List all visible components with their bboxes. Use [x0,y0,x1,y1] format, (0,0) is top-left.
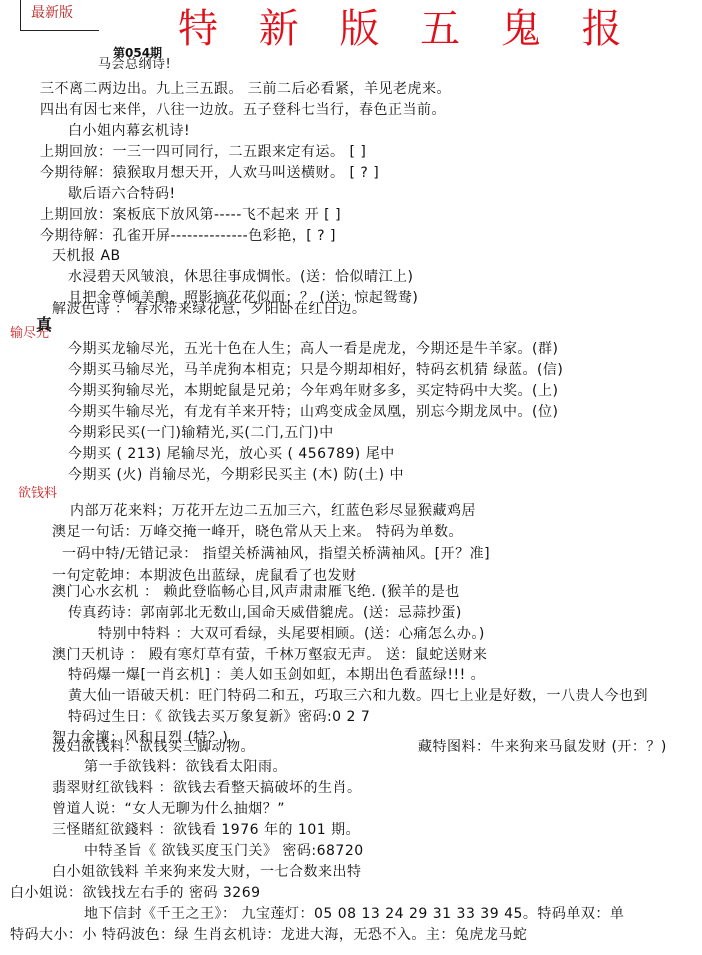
badge-label: 最新版 [31,2,73,22]
list-item: 一码中特/无错记录： 指望关桥满袖风，指望关桥满袖风。[开？准] [62,545,490,563]
list-item: 特码大小：小 特码波色：绿 生肖玄机诗：龙进大海，无恐不入。主：兔虎龙马蛇 [10,926,527,944]
hidden-clue-note: 藏特图料：牛来狗来马鼠发财 (开：？) [418,738,667,756]
list-item: 今期彩民买(一门)输精光,买(二门,五门)中 [68,424,334,442]
list-item: 澳门心水玄机 ： 赖此登临畅心目,风声肃肃雁飞绝. (猴羊的是也 [52,583,460,601]
poem-line: 解波色诗 ： 春水带来绿花意，夕阳卧在红日边。 [52,300,366,318]
list-item: 白小姐欲钱料 羊来狗来发大财，一七合数来出特 [52,863,361,881]
list-item: 泼妇欲钱料：欲钱买三脚动物。 [52,738,255,756]
overlay-char: 真 [36,312,52,335]
list-item: 地下信封《千王之王》： 九宝莲灯：05 08 13 24 29 31 33 39… [84,905,624,923]
list-item: 第一手欲钱料：欲钱看太阳雨。 [84,758,287,776]
list-item: 内部万花来料；万花开左边二五加三六，红蓝色彩尽显猴藏鸡居 [70,502,476,520]
poem-line: 水浸碧天风皱浪，休思往事成惆怅。(送：恰似晴江上) [68,268,413,286]
section-label-money: 欲钱料 [18,482,57,501]
list-item: 今期买马输尽光，马羊虎狗本相克；只是今期却相好，特码玄机猜 绿蓝。(信) [68,361,563,379]
list-item: 特码爆一爆[一肖玄机] ：美人如玉剑如虹，本期出色看蓝绿!!! 。 [68,666,485,684]
latest-edition-badge: 最新版 [20,0,99,31]
review-line: 上期回放：一三一四可同行，二五跟来定有运。 [ ] [40,143,366,161]
review-line: 上期回放：案板底下放风第-----飞不起来 开 [ ] [40,206,341,224]
list-item: 三怪賭紅欲錢料 ：欲钱看 1976 年的 101 期。 [52,821,360,839]
poem-line: 三不离二两边出。九上三五跟。 三前二后必看紧，羊见老虎来。 [40,80,451,98]
list-item: 白小姐说：欲钱找左右手的 密码 3269 [10,884,261,902]
pending-line: 今期待解：猿猴取月想天开，人欢马叫送横财。 [ ? ] [40,164,379,182]
list-item: 今期买龙输尽光，五光十色在人生；高人一看是虎龙，今期还是牛羊家。(群) [68,340,558,358]
list-item: 特别中特料 ：大双可看绿，头尾要相顾。(送：心痛怎么办。) [98,625,485,643]
list-item: 澳足一句话：万峰交掩一峰开，晓色常从天上来。 特码为单数。 [52,523,463,541]
pending-line: 今期待解：孔雀开屏--------------色彩艳，[ ? ] [40,227,336,245]
list-item: 今期买 ( 213) 尾输尽光，放心买 ( 456789) 尾中 [68,445,395,463]
list-item: 特码过生日：《 欲钱去买万象复新》密码:0 2 7 [68,708,370,726]
section-heading: 歇后语六合特码! [68,185,176,203]
list-item: 传真药诗：郭南郭北无数山,国命天威借貔虎。(送：忌蒜抄蛋) [68,604,462,622]
list-item: 今期买牛输尽光，有龙有羊来开特；山鸡变成金凤凰，别忘今期龙凤中。(位) [68,403,558,421]
list-item: 翡翠财红欲钱料 ：欲钱去看整天搞破坏的生肖。 [52,779,361,797]
subtitle: 马会总纲诗! [98,56,171,74]
list-item: 黄大仙一语破天机：旺门特码二和五，巧取三六和九数。四七上业是好数，一八贵人今也到 [68,687,648,705]
section-heading: 白小姐内幕玄机诗! [68,122,190,140]
poem-line: 四出有因七来伴，八往一边放。五子登科七当行，春色正当前。 [40,101,446,119]
list-item: 澳门天机诗 ： 殿有寒灯草有萤，千林万壑寂无声。 送：鼠蛇送财来 [52,646,487,664]
list-item: 曾道人说：“女人无聊为什么抽烟？” [52,800,285,818]
list-item: 中特圣旨《 欲钱买度玉门关》 密码:68720 [84,842,364,860]
list-item: 今期买 (火) 肖输尽光，今期彩民买主 (木) 防(土) 中 [68,466,404,484]
page-title: 特 新 版 五 鬼 报 [178,6,636,52]
list-item: 今期买狗输尽光，本期蛇鼠是兄弟；今年鸡年财多多，买定特码中大奖。(上) [68,382,558,400]
section-heading: 天机报 AB [52,247,121,265]
